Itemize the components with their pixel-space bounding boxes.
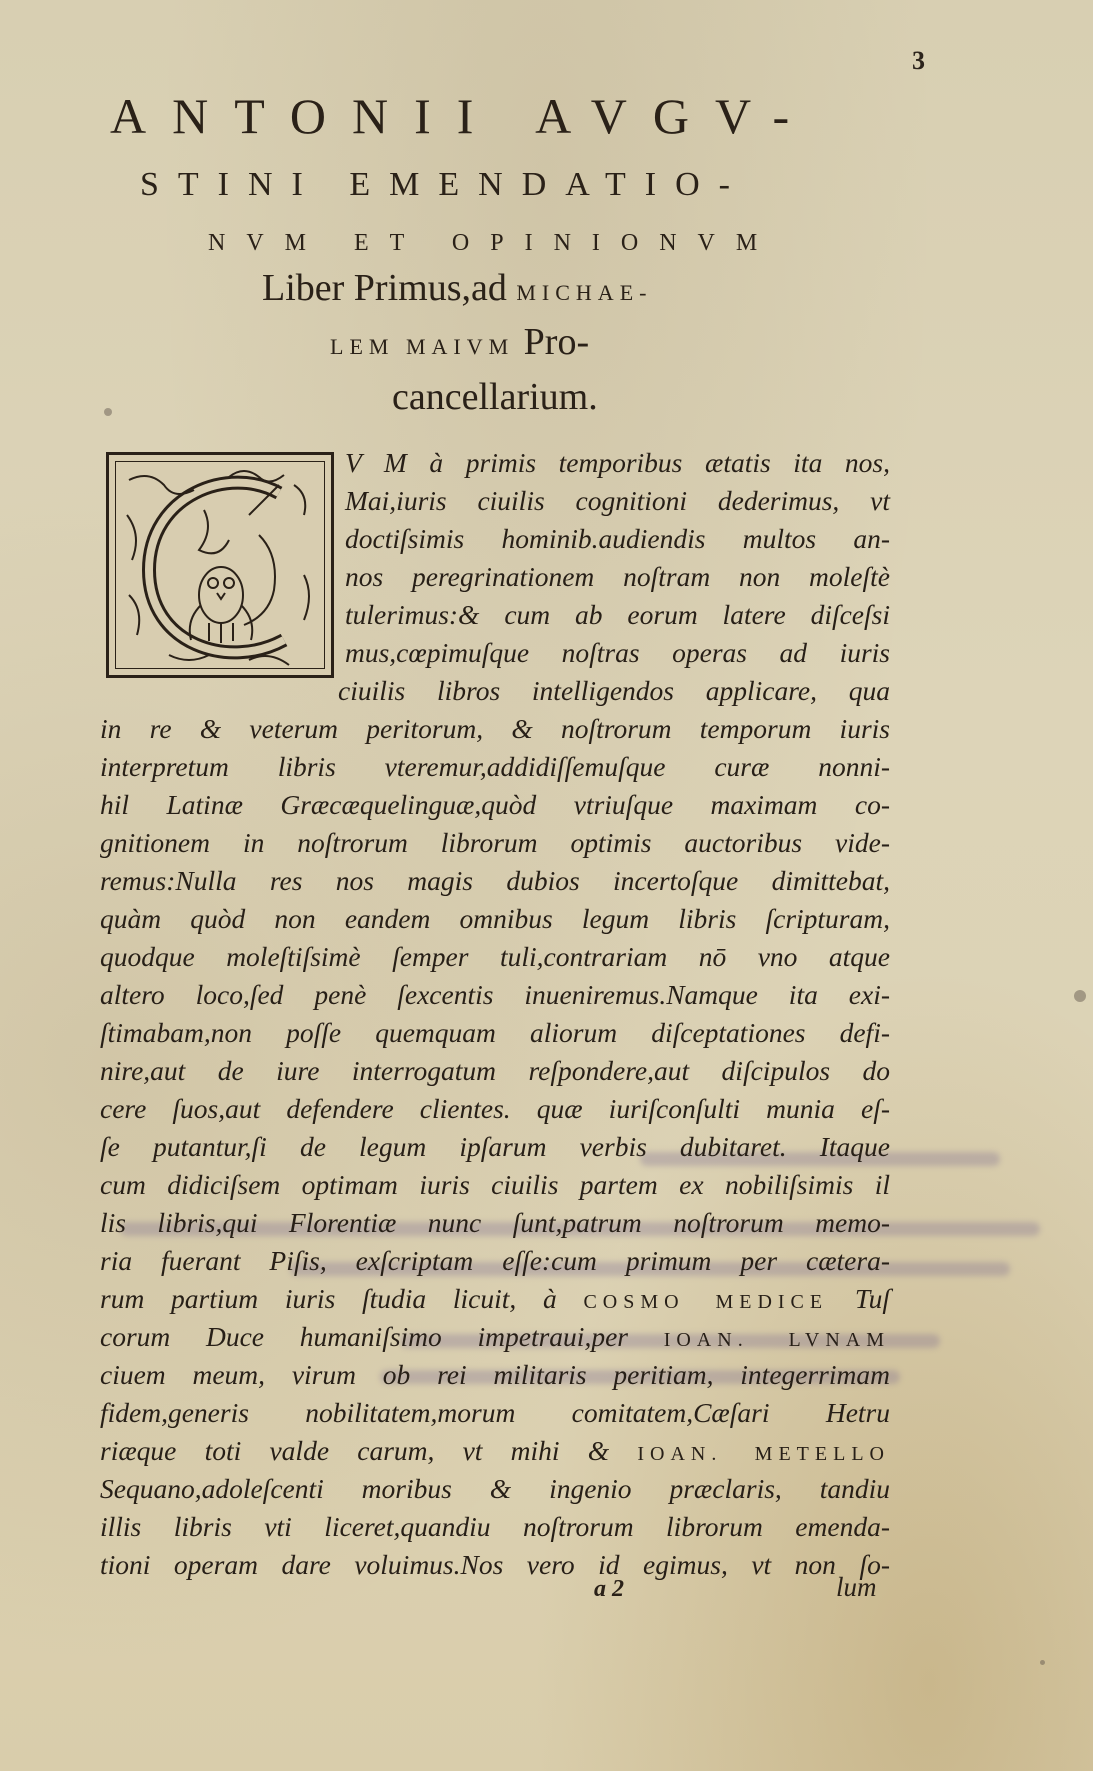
body-line: rum partium iuris ſtudia licuit, à COSMO… xyxy=(100,1280,890,1318)
body-line: doctiſsimis hominib.audiendis multos an- xyxy=(345,520,890,558)
body-line: remus:Nulla res nos magis dubios incerto… xyxy=(100,862,890,900)
body-line-text: riæque toti valde carum, vt mihi & xyxy=(100,1435,609,1466)
body-line: corum Duce humaniſsimo impetraui,per IOA… xyxy=(100,1318,890,1356)
paper-speck xyxy=(1074,990,1086,1002)
title-line-2: STINI EMENDATIO- xyxy=(100,160,890,210)
body-line-caps: IOAN. METELLO xyxy=(637,1443,890,1465)
body-line: cum didiciſsem optimam iuris ciuilis par… xyxy=(100,1166,890,1204)
decorated-initial-c xyxy=(106,452,334,678)
body-line: Mai,iuris ciuilis cognitioni dederimus, … xyxy=(345,482,890,520)
body-line: V M à primis temporibus ætatis ita nos, xyxy=(345,444,890,482)
title-line-4: Liber Primus,ad MICHAE- xyxy=(100,266,890,315)
body-line: ciuem meum, virum ob rei militaris perit… xyxy=(100,1356,890,1394)
body-line-after: Tuſ xyxy=(855,1283,890,1314)
body-line: hil Latinæ Græcæquelinguæ,quòd vtriuſque… xyxy=(100,786,890,824)
body-line: lis libris,qui Florentiæ nunc ſunt,patru… xyxy=(100,1204,890,1242)
title-line-6: cancellarium. xyxy=(100,372,890,422)
body-line: Sequano,adoleſcenti moribus & ingenio pr… xyxy=(100,1470,890,1508)
body-line: quodque moleſtiſsimè ſemper tuli,contrar… xyxy=(100,938,890,976)
body-line: mus,cœpimuſque noſtras operas ad iuris xyxy=(345,634,890,672)
paper-speck xyxy=(1040,1660,1045,1665)
body-line: ria fuerant Piſis, exſcriptam eſſe:cum p… xyxy=(100,1242,890,1280)
title-line-4-roman: Liber Primus,ad xyxy=(262,267,507,309)
body-line: nire,aut de iure interrogatum reſpondere… xyxy=(100,1052,890,1090)
body-line: cere ſuos,aut defendere clientes. quæ iu… xyxy=(100,1090,890,1128)
body-line: altero loco,ſed penè ſexcentis inuenirem… xyxy=(100,976,890,1014)
body-line: ſtimabam,non poſſe quemquam aliorum diſc… xyxy=(100,1014,890,1052)
body-line: ciuilis libros intelligendos applicare, … xyxy=(338,672,890,710)
body-line: fidem,generis nobilitatem,morum comitate… xyxy=(100,1394,890,1432)
body-line: ſe putantur,ſi de legum ipſarum verbis d… xyxy=(100,1128,890,1166)
signature-mark: a 2 xyxy=(594,1576,624,1603)
body-line: riæque toti valde carum, vt mihi & IOAN.… xyxy=(100,1432,890,1470)
title-line-1: ANTONII AVGV- xyxy=(110,86,890,146)
title-line-5-caps: LEM MAIVM xyxy=(330,334,514,359)
book-page: 3 ANTONII AVGV- STINI EMENDATIO- NVM ET … xyxy=(0,0,1093,1771)
body-line: interpretum libris vteremur,addidiſſemuſ… xyxy=(100,748,890,786)
title-block: ANTONII AVGV- STINI EMENDATIO- NVM ET OP… xyxy=(100,86,890,422)
owl-foliage-ornament-icon xyxy=(109,455,337,681)
body-line: nos peregrinationem noſtram non moleſtè xyxy=(345,558,890,596)
body-line: tulerimus:& cum ab eorum latere diſceſsi xyxy=(345,596,890,634)
title-line-4-caps: MICHAE- xyxy=(516,280,652,305)
body-line: illis libris vti liceret,quandiu noſtror… xyxy=(100,1508,890,1546)
title-line-3: NVM ET OPINIONVM xyxy=(100,224,890,262)
title-line-5: LEM MAIVM Pro- xyxy=(100,317,890,372)
body-line: in re & veterum peritorum, & noſtrorum t… xyxy=(100,710,890,748)
body-line-text: rum partium iuris ſtudia licuit, à xyxy=(100,1283,557,1314)
body-line: tioni operam dare voluimus.Nos vero id e… xyxy=(100,1546,890,1584)
body-line-caps: IOAN. LVNAM xyxy=(664,1329,890,1351)
title-line-5-roman: Pro- xyxy=(524,321,589,363)
paper-speck xyxy=(104,408,112,416)
body-line-caps: COSMO MEDICE xyxy=(583,1291,828,1313)
folio-number: 3 xyxy=(912,46,925,76)
body-line-text: corum Duce humaniſsimo impetraui,per xyxy=(100,1321,628,1352)
body-line: gnitionem in noſtrorum librorum optimis … xyxy=(100,824,890,862)
catchword: lum xyxy=(836,1572,877,1603)
body-line: quàm quòd non eandem omnibus legum libri… xyxy=(100,900,890,938)
